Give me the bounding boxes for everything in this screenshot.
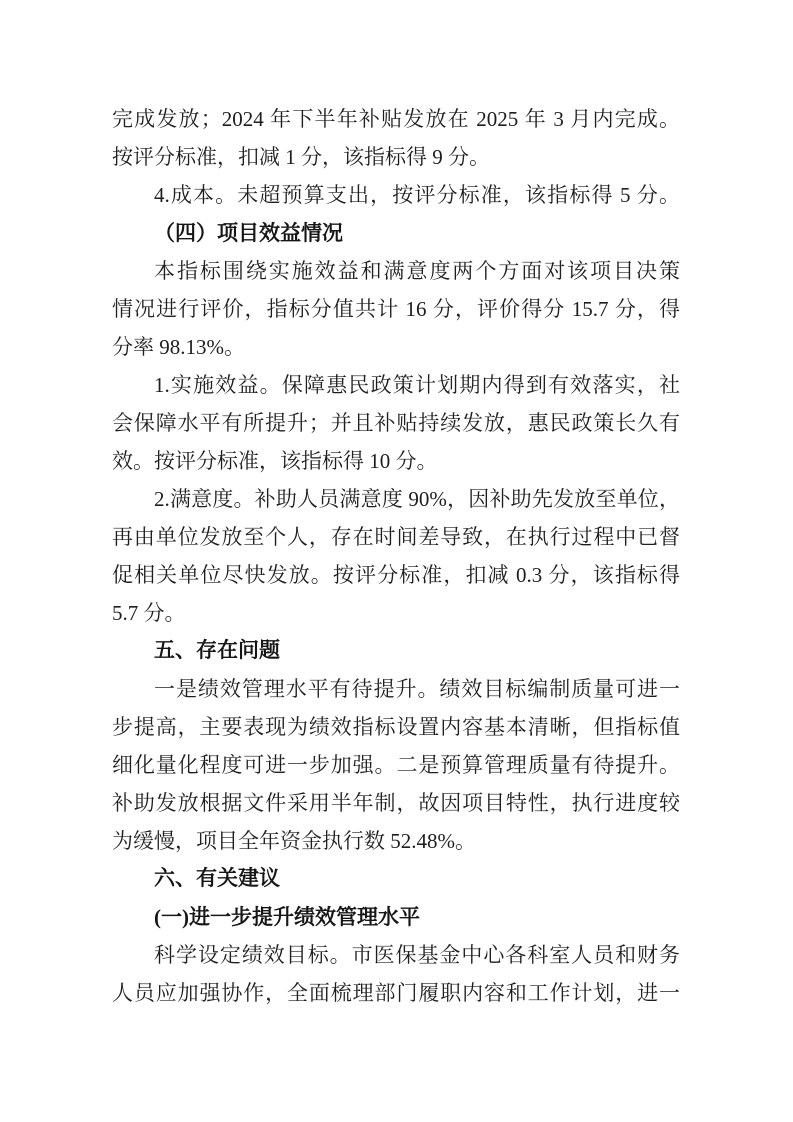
- text-line: 再由单位发放至个人，存在时间差导致，在执行过程中已督: [112, 518, 680, 556]
- heading-section-4-benefit: （四）项目效益情况: [112, 214, 680, 252]
- text-line: 1.实施效益。保障惠民政策计划期内得到有效落实，社: [112, 366, 680, 404]
- text-line: 会保障水平有所提升；并且补贴持续发放，惠民政策长久有: [112, 404, 680, 442]
- heading-subsection-1-performance: (一)进一步提升绩效管理水平: [112, 898, 680, 936]
- text-line: 按评分标准，扣减 1 分，该指标得 9 分。: [112, 138, 680, 176]
- text-line: 人员应加强协作，全面梳理部门履职内容和工作计划，进一: [112, 974, 680, 1012]
- text-line: 细化量化程度可进一步加强。二是预算管理质量有待提升。: [112, 746, 680, 784]
- text-line: 本指标围绕实施效益和满意度两个方面对该项目决策: [112, 252, 680, 290]
- text-line: 完成发放；2024 年下半年补贴发放在 2025 年 3 月内完成。: [112, 100, 680, 138]
- text-line: 4.成本。未超预算支出，按评分标准，该指标得 5 分。: [112, 176, 680, 214]
- text-line: 5.7 分。: [112, 594, 680, 632]
- text-line: 2.满意度。补助人员满意度 90%，因补助先发放至单位，: [112, 480, 680, 518]
- text-line: 为缓慢，项目全年资金执行数 52.48%。: [112, 822, 680, 860]
- text-line: 分率 98.13%。: [112, 328, 680, 366]
- text-line: 科学设定绩效目标。市医保基金中心各科室人员和财务: [112, 936, 680, 974]
- text-line: 补助发放根据文件采用半年制，故因项目特性，执行进度较: [112, 784, 680, 822]
- document-page: 完成发放；2024 年下半年补贴发放在 2025 年 3 月内完成。 按评分标准…: [0, 0, 793, 1122]
- text-line: 效。按评分标准，该指标得 10 分。: [112, 442, 680, 480]
- text-line: 一是绩效管理水平有待提升。绩效目标编制质量可进一: [112, 670, 680, 708]
- text-line: 情况进行评价，指标分值共计 16 分，评价得分 15.7 分，得: [112, 290, 680, 328]
- text-line: 步提高，主要表现为绩效指标设置内容基本清晰，但指标值: [112, 708, 680, 746]
- heading-section-5-problems: 五、存在问题: [112, 632, 680, 670]
- heading-section-6-suggestions: 六、有关建议: [112, 860, 680, 898]
- text-block: 完成发放；2024 年下半年补贴发放在 2025 年 3 月内完成。 按评分标准…: [112, 100, 680, 1012]
- text-line: 促相关单位尽快发放。按评分标准，扣减 0.3 分，该指标得: [112, 556, 680, 594]
